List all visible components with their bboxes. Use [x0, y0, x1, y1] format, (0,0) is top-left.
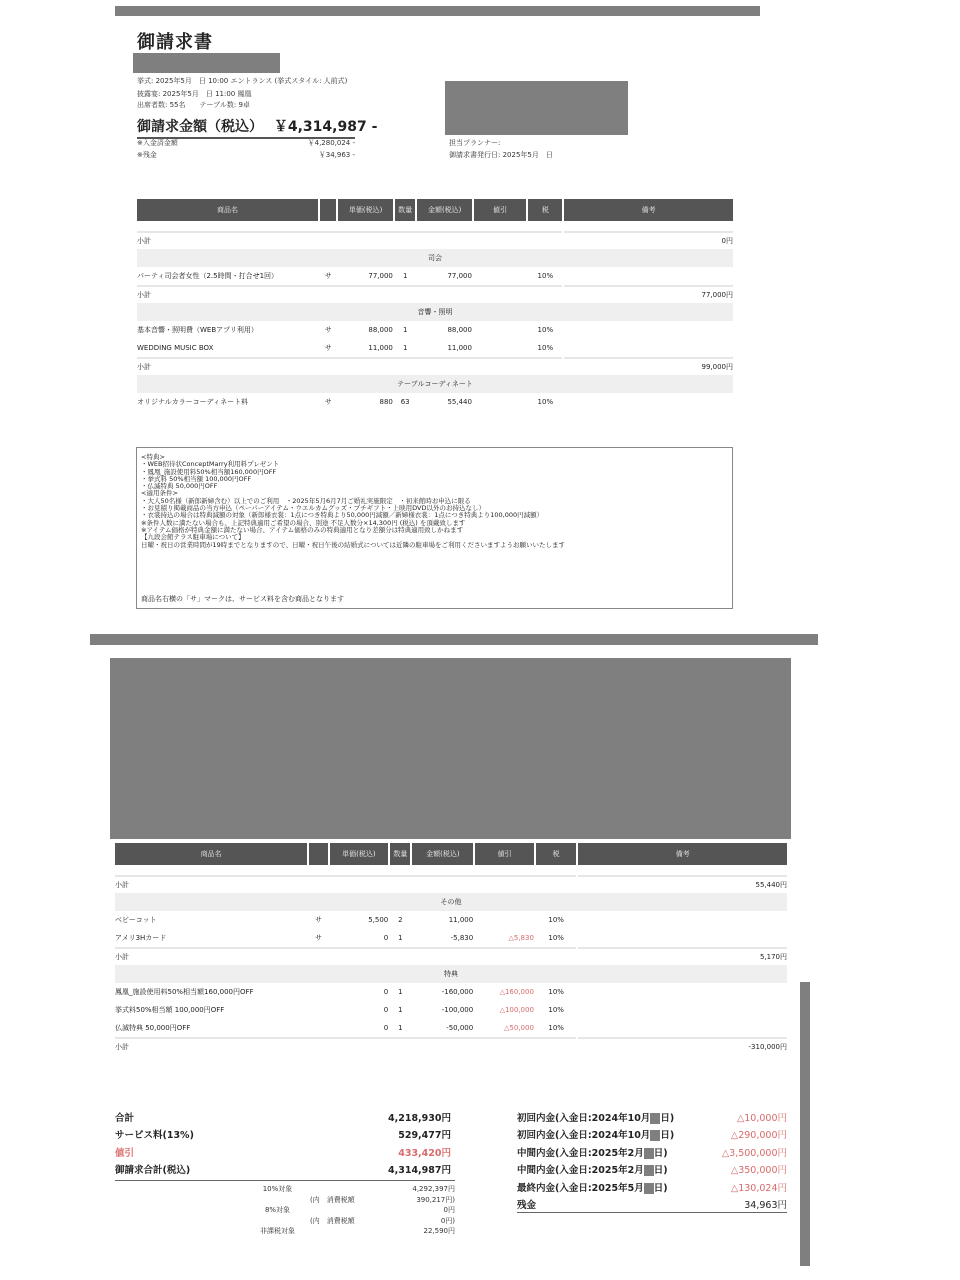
column-header	[309, 843, 327, 865]
redacted-customer-name	[133, 53, 280, 73]
quantity: 2	[390, 911, 410, 929]
tax-rate: 10%	[536, 1001, 576, 1019]
scrollbar-thumb[interactable]	[800, 982, 810, 1266]
item-name: 挙式料50%相当額 100,000円OFF	[115, 1001, 307, 1019]
balance-row: ※残金 ￥34,963 -	[137, 150, 355, 160]
tax-value: 0円)	[390, 1216, 455, 1226]
column-header: 単価(税込)	[330, 843, 389, 865]
issue-date: 御請求書発行日: 2025年5月 日	[449, 150, 553, 160]
tax-value: 4,292,397円	[390, 1184, 455, 1194]
table-row: 仏滅特典 50,000円OFF01-50,000△50,00010%	[115, 1019, 787, 1037]
quantity: 1	[395, 339, 416, 357]
payment-row: 初回内金(入金日:2024年10月日)△10,000円	[517, 1108, 787, 1126]
note-line: ・仏滅特典 50,000円OFF	[141, 483, 728, 490]
invoice-amount: 御請求金額（税込） ￥4,314,987 -	[137, 116, 355, 139]
remarks	[578, 983, 787, 1001]
tax-value: 0円	[390, 1205, 455, 1215]
amount: -160,000	[412, 983, 473, 1001]
subtotal-label: 小計	[137, 357, 562, 375]
payment-label-text: 初回内金(入金日:2024年10月	[517, 1130, 650, 1141]
document-title: 御請求書	[137, 28, 213, 54]
subtotal-row: 小計0円	[137, 231, 733, 249]
item-name: 鳳凰_施設使用料50%相当額160,000円OFF	[115, 983, 307, 1001]
column-header: 金額(税込)	[412, 843, 473, 865]
spacer-row	[115, 865, 787, 875]
subtotal-label: 小計	[137, 285, 562, 303]
redacted-venue-info	[445, 81, 628, 135]
subtotal-label: 小計	[137, 231, 562, 249]
unit-price: 11,000	[338, 339, 392, 357]
table-row: 鳳凰_施設使用料50%相当額160,000円OFF01-160,000△160,…	[115, 983, 787, 1001]
paid-label: ※入金済金額	[137, 138, 178, 148]
table-row: オリジナルカラーコーディネート料サ8806355,44010%	[137, 393, 733, 411]
reception-info: 披露宴: 2025年5月 日 11:00 鳳凰	[137, 89, 251, 99]
redacted-day	[650, 1113, 660, 1124]
category-row: 特典	[115, 965, 787, 983]
quantity: 63	[395, 393, 416, 411]
category-label: 司会	[137, 249, 733, 267]
table-row: 挙式料50%相当額 100,000円OFF01-100,000△100,0001…	[115, 1001, 787, 1019]
column-header: 備考	[564, 199, 733, 221]
payment-row: 中間内金(入金日:2025年2月日)△3,500,000円	[517, 1143, 787, 1161]
remarks	[564, 267, 733, 285]
redacted-day	[644, 1165, 654, 1176]
column-header: 税	[536, 843, 576, 865]
tax-value: 22,590円	[390, 1226, 455, 1236]
discount	[474, 267, 526, 285]
column-header: 数量	[390, 843, 410, 865]
tax-rate: 10%	[536, 911, 576, 929]
subtotal-value: 77,000円	[564, 285, 733, 303]
payment-label: 中間内金(入金日:2025年2月日)	[517, 1162, 668, 1176]
category-row: 司会	[137, 249, 733, 267]
tax-rate: 10%	[528, 393, 562, 411]
payment-label-text: 中間内金(入金日:2025年2月	[517, 1165, 644, 1176]
total-row: 御請求合計(税込)4,314,987円	[115, 1161, 451, 1179]
tax-label: 8%対象	[115, 1205, 310, 1215]
table-header-row: 商品名単価(税込)数量金額(税込)値引税備考	[115, 843, 787, 865]
guest-info: 出席者数: 55名 テーブル数: 9卓	[137, 100, 250, 110]
amount: 11,000	[417, 339, 471, 357]
balance-row: 残金34,963円	[517, 1196, 787, 1214]
tax-rate: 10%	[536, 929, 576, 947]
total-value: 529,477円	[398, 1127, 451, 1141]
amount: -5,830	[412, 929, 473, 947]
column-header: 値引	[474, 199, 526, 221]
service-mark: サ	[320, 339, 336, 357]
paid-value: ￥4,280,024 -	[308, 138, 355, 148]
unit-price: 0	[330, 1001, 389, 1019]
tax-rate: 10%	[528, 267, 562, 285]
subtotal-row: 小計-310,000円	[115, 1037, 787, 1055]
discount: △160,000	[475, 983, 534, 1001]
category-label: その他	[115, 893, 787, 911]
column-header: 備考	[578, 843, 787, 865]
discount: △50,000	[475, 1019, 534, 1037]
unit-price: 880	[338, 393, 392, 411]
payment-label-suffix: 日)	[654, 1183, 668, 1194]
column-header	[320, 199, 336, 221]
total-label: 御請求合計(税込)	[115, 1162, 190, 1176]
payment-label-suffix: 日)	[660, 1113, 674, 1124]
payment-label-text: 初回内金(入金日:2024年10月	[517, 1113, 650, 1124]
payment-label: 初回内金(入金日:2024年10月日)	[517, 1127, 674, 1141]
table-row: パーティ司会者女性（2.5時間・打合せ1回）サ77,000177,00010%	[137, 267, 733, 285]
amount: -100,000	[412, 1001, 473, 1019]
quantity: 1	[390, 1001, 410, 1019]
payment-label: 中間内金(入金日:2025年2月日)	[517, 1145, 668, 1159]
remarks	[564, 321, 733, 339]
category-label: 特典	[115, 965, 787, 983]
quantity: 1	[395, 321, 416, 339]
payment-label-text: 最終内金(入金日:2025年5月	[517, 1183, 644, 1194]
subtotal-value: -310,000円	[578, 1037, 787, 1055]
quantity: 1	[395, 267, 416, 285]
unit-price: 0	[330, 929, 389, 947]
amount-value: ￥4,314,987 -	[274, 119, 378, 135]
table-header-row: 商品名単価(税込)数量金額(税込)値引税備考	[137, 199, 733, 221]
category-label: 音響・照明	[137, 303, 733, 321]
payment-row: 中間内金(入金日:2025年2月日)△350,000円	[517, 1161, 787, 1179]
subtotal-value: 0円	[564, 231, 733, 249]
notes-footer: 商品名右横の「サ」マークは、サービス料を含む商品となります	[141, 596, 344, 603]
total-row: サービス料(13%)529,477円	[115, 1126, 451, 1144]
column-header: 単価(税込)	[338, 199, 392, 221]
total-value: 4,218,930円	[388, 1110, 451, 1124]
subtotal-row: 小計5,170円	[115, 947, 787, 965]
service-mark: サ	[320, 267, 336, 285]
payment-label-text: 中間内金(入金日:2025年2月	[517, 1148, 644, 1159]
total-value: 4,314,987円	[388, 1162, 451, 1176]
unit-price: 0	[330, 1019, 389, 1037]
column-header: 商品名	[137, 199, 318, 221]
notes-box: <特典>・WEB招待状ConceptMarry利用料プレゼント・鳳凰_施設使用料…	[136, 447, 733, 609]
quantity: 1	[390, 1019, 410, 1037]
payment-label-suffix: 日)	[654, 1148, 668, 1159]
unit-price: 0	[330, 983, 389, 1001]
quantity: 1	[390, 929, 410, 947]
tax-rate: 10%	[528, 321, 562, 339]
page-separator-bar	[90, 634, 818, 645]
balance-label: ※残金	[137, 150, 157, 160]
service-mark: サ	[309, 929, 327, 947]
service-mark: サ	[309, 911, 327, 929]
subtotal-row: 小計77,000円	[137, 285, 733, 303]
tax-sub: (内 消費税額	[310, 1216, 390, 1226]
payments-block: 初回内金(入金日:2024年10月日)△10,000円初回内金(入金日:2024…	[517, 1108, 787, 1213]
service-mark: サ	[320, 321, 336, 339]
discount: △100,000	[475, 1001, 534, 1019]
service-mark	[309, 1001, 327, 1019]
remarks	[564, 339, 733, 357]
total-label: 値引	[115, 1145, 134, 1159]
table-row: アメリ3Hカードサ01-5,830△5,83010%	[115, 929, 787, 947]
table-row: 基本音響・照明費（WEBアプリ利用）サ88,000188,00010%	[137, 321, 733, 339]
service-mark	[309, 983, 327, 1001]
service-mark: サ	[320, 393, 336, 411]
subtotal-label: 小計	[115, 875, 576, 893]
items-table-2: 商品名単価(税込)数量金額(税込)値引税備考小計55,440円その他ベビーコット…	[113, 843, 789, 1055]
discount	[475, 911, 534, 929]
subtotal-row: 小計99,000円	[137, 357, 733, 375]
table-row: WEDDING MUSIC BOXサ11,000111,00010%	[137, 339, 733, 357]
subtotal-value: 99,000円	[564, 357, 733, 375]
item-name: ベビーコット	[115, 911, 307, 929]
column-header: 値引	[475, 843, 534, 865]
redacted-day	[650, 1130, 660, 1141]
remarks	[564, 393, 733, 411]
service-mark	[309, 1019, 327, 1037]
tax-rate: 10%	[536, 1019, 576, 1037]
payment-value: △130,024円	[731, 1180, 787, 1194]
redacted-day	[644, 1148, 654, 1159]
remarks	[578, 1019, 787, 1037]
remarks	[578, 1001, 787, 1019]
ceremony-info: 挙式: 2025年5月 日 10:00 エントランス (挙式スタイル: 人前式)	[137, 76, 347, 86]
subtotal-row: 小計55,440円	[115, 875, 787, 893]
tax-rate: 10%	[536, 983, 576, 1001]
tax-breakdown: 10%対象4,292,397円(内 消費税額390,217円)8%対象0円(内 …	[115, 1180, 455, 1237]
page-top-bar	[115, 6, 760, 16]
subtotal-label: 小計	[115, 947, 576, 965]
payment-label: 最終内金(入金日:2025年5月日)	[517, 1180, 668, 1194]
quantity: 1	[390, 983, 410, 1001]
redacted-day	[644, 1183, 654, 1194]
balance-value: 34,963円	[744, 1197, 787, 1211]
balance-label: 残金	[517, 1197, 536, 1211]
column-header: 商品名	[115, 843, 307, 865]
payment-row: 最終内金(入金日:2025年5月日)△130,024円	[517, 1178, 787, 1196]
total-value: 433,420円	[398, 1145, 451, 1159]
tax-row: 非課税対象22,590円	[115, 1226, 455, 1237]
table-row: ベビーコットサ5,500211,00010%	[115, 911, 787, 929]
totals-block: 合計4,218,930円サービス料(13%)529,477円値引433,420円…	[115, 1108, 451, 1178]
payment-label-suffix: 日)	[654, 1165, 668, 1176]
category-label: テーブルコーディネート	[137, 375, 733, 393]
tax-value: 390,217円)	[390, 1195, 455, 1205]
tax-row: 8%対象0円	[115, 1205, 455, 1216]
payment-value: △10,000円	[737, 1110, 787, 1124]
item-name: WEDDING MUSIC BOX	[137, 339, 318, 357]
payment-value: △3,500,000円	[722, 1145, 787, 1159]
tax-sub: (内 消費税額	[310, 1195, 390, 1205]
tax-row: 10%対象4,292,397円	[115, 1184, 455, 1195]
column-header: 数量	[395, 199, 416, 221]
tax-label: 10%対象	[115, 1184, 310, 1194]
remarks	[578, 929, 787, 947]
tax-label: 非課税対象	[115, 1226, 310, 1236]
total-row: 合計4,218,930円	[115, 1108, 451, 1126]
item-name: 基本音響・照明費（WEBアプリ利用）	[137, 321, 318, 339]
item-name: アメリ3Hカード	[115, 929, 307, 947]
discount	[474, 339, 526, 357]
note-line: ・挙式料 50%相当額 100,000円OFF	[141, 476, 728, 483]
payment-value: △290,000円	[731, 1127, 787, 1141]
discount: △5,830	[475, 929, 534, 947]
item-name: パーティ司会者女性（2.5時間・打合せ1回）	[137, 267, 318, 285]
unit-price: 88,000	[338, 321, 392, 339]
items-table-1: 商品名単価(税込)数量金額(税込)値引税備考小計0円司会パーティ司会者女性（2.…	[135, 199, 735, 411]
category-row: テーブルコーディネート	[137, 375, 733, 393]
subtotal-value: 5,170円	[578, 947, 787, 965]
redacted-header-block	[110, 658, 791, 839]
item-name: オリジナルカラーコーディネート料	[137, 393, 318, 411]
notes-text: <特典>・WEB招待状ConceptMarry利用料プレゼント・鳳凰_施設使用料…	[141, 454, 728, 549]
planner-label: 担当プランナー:	[449, 138, 500, 148]
remarks	[578, 911, 787, 929]
payment-label-suffix: 日)	[660, 1130, 674, 1141]
amount: 55,440	[417, 393, 471, 411]
amount: 11,000	[412, 911, 473, 929]
unit-price: 77,000	[338, 267, 392, 285]
note-line: 日曜・祝日の営業時間が19時までとなりますので、日曜・祝日午後の結婚式については…	[141, 542, 728, 549]
amount-label: 御請求金額（税込）	[137, 119, 263, 135]
column-header: 税	[528, 199, 562, 221]
payment-row: 初回内金(入金日:2024年10月日)△290,000円	[517, 1126, 787, 1144]
payment-value: △350,000円	[731, 1162, 787, 1176]
amount: 77,000	[417, 267, 471, 285]
unit-price: 5,500	[330, 911, 389, 929]
paid-row: ※入金済金額 ￥4,280,024 -	[137, 138, 355, 148]
item-name: 仏滅特典 50,000円OFF	[115, 1019, 307, 1037]
spacer-row	[137, 221, 733, 231]
amount: 88,000	[417, 321, 471, 339]
balance-value: ￥34,963 -	[319, 150, 355, 160]
payment-label: 初回内金(入金日:2024年10月日)	[517, 1110, 674, 1124]
tax-row: (内 消費税額390,217円)	[115, 1195, 455, 1206]
subtotal-label: 小計	[115, 1037, 576, 1055]
tax-rate: 10%	[528, 339, 562, 357]
total-label: サービス料(13%)	[115, 1127, 194, 1141]
column-header: 金額(税込)	[417, 199, 471, 221]
total-label: 合計	[115, 1110, 134, 1124]
tax-row: (内 消費税額0円)	[115, 1216, 455, 1227]
subtotal-value: 55,440円	[578, 875, 787, 893]
amount: -50,000	[412, 1019, 473, 1037]
category-row: 音響・照明	[137, 303, 733, 321]
discount	[474, 321, 526, 339]
discount	[474, 393, 526, 411]
category-row: その他	[115, 893, 787, 911]
total-row: 値引433,420円	[115, 1143, 451, 1161]
